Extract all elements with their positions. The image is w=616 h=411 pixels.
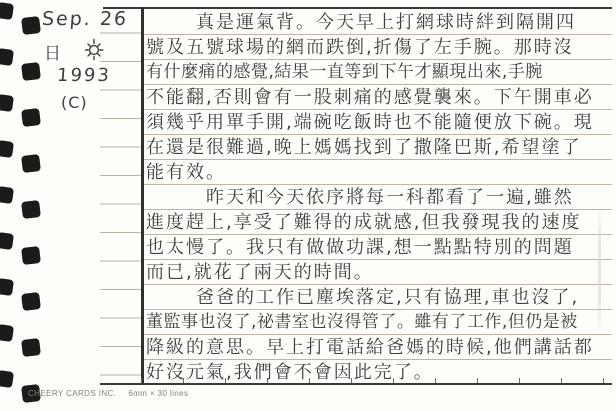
binding-mark	[0, 48, 14, 66]
sun-icon	[82, 37, 106, 61]
diary-line: 昨天和今天依序將每一科都看了一遍,雖然	[146, 185, 612, 210]
binding-mark	[0, 2, 14, 20]
copy-mark: (C)	[61, 93, 88, 112]
binding-mark	[21, 292, 41, 311]
binding-mark	[0, 324, 14, 342]
diary-line: 在還是很難過,晚上媽媽找到了撒隆巴斯,希望塗了	[146, 135, 612, 160]
date-text: Sep. 26	[41, 8, 129, 30]
diary-text-block: 真是運氣背。今天早上打網球時絆到隔開四 號及五號球場的網而跌倒,折傷了左手腕。那…	[146, 10, 612, 385]
diary-line: 須幾乎用單手開,端碗吃飯時也不能隨便放下碗。現	[146, 110, 612, 135]
binding-mark	[21, 246, 41, 265]
brand-text: CHEERY CARDS INC.	[28, 389, 116, 398]
margin-divider	[141, 7, 144, 385]
diary-line: 真是運氣背。今天早上打網球時絆到隔開四	[146, 10, 612, 35]
diary-line: 也太慢了。我只有做做功課,想一點點特別的問題	[146, 235, 612, 260]
margin-ruled-lines	[100, 5, 141, 383]
diary-line: 爸爸的工作已塵埃落定,只有協理,車也沒了,	[146, 285, 612, 310]
diary-line: 號及五號球場的網而跌倒,折傷了左手腕。那時沒	[146, 35, 612, 60]
diary-line: 董監事也沒了,祕書室也沒得管了。雖有了工作,但仍是被	[146, 310, 612, 335]
diary-line: 有什麼痛的感覺,結果一直等到下午才顯現出來,手腕	[146, 60, 612, 85]
diary-line: 好沒元氣,我們會不會因此完了。	[146, 360, 612, 385]
diary-line: 能有效。	[146, 160, 612, 185]
binding-mark	[0, 278, 14, 296]
binding-mark	[0, 232, 14, 250]
binding-mark	[21, 16, 41, 35]
diary-line: 進度趕上,享受了難得的成就感,但我發現我的速度	[146, 210, 612, 235]
ruling-spec: 6mm × 30 lines	[128, 389, 188, 398]
binding-mark	[0, 94, 14, 112]
diary-line: 不能翻,否則會有一股刺痛的感覺襲來。下午開車必	[146, 85, 612, 110]
binding-mark	[0, 370, 14, 388]
binding-mark	[21, 62, 41, 81]
year-text: 1993	[56, 65, 111, 86]
binding-mark	[21, 154, 41, 173]
top-rule	[103, 7, 612, 9]
weekday-text: 日	[44, 39, 61, 64]
binding-mark	[0, 140, 14, 158]
binding-mark	[21, 108, 41, 127]
binding-mark	[0, 186, 14, 204]
diary-line: 降級的意思。早上打電話給爸媽的時候,他們講話都	[146, 335, 612, 360]
diary-page: Sep. 26 日 1993 (C) 真是運氣背。今天早上打網球時絆到隔開四 號…	[0, 0, 616, 411]
paper-imprint: CHEERY CARDS INC. 6mm × 30 lines	[28, 389, 188, 398]
diary-line: 而已,就花了兩天的時間。	[146, 260, 612, 285]
binding-mark	[21, 200, 41, 219]
binding-mark	[21, 338, 41, 357]
